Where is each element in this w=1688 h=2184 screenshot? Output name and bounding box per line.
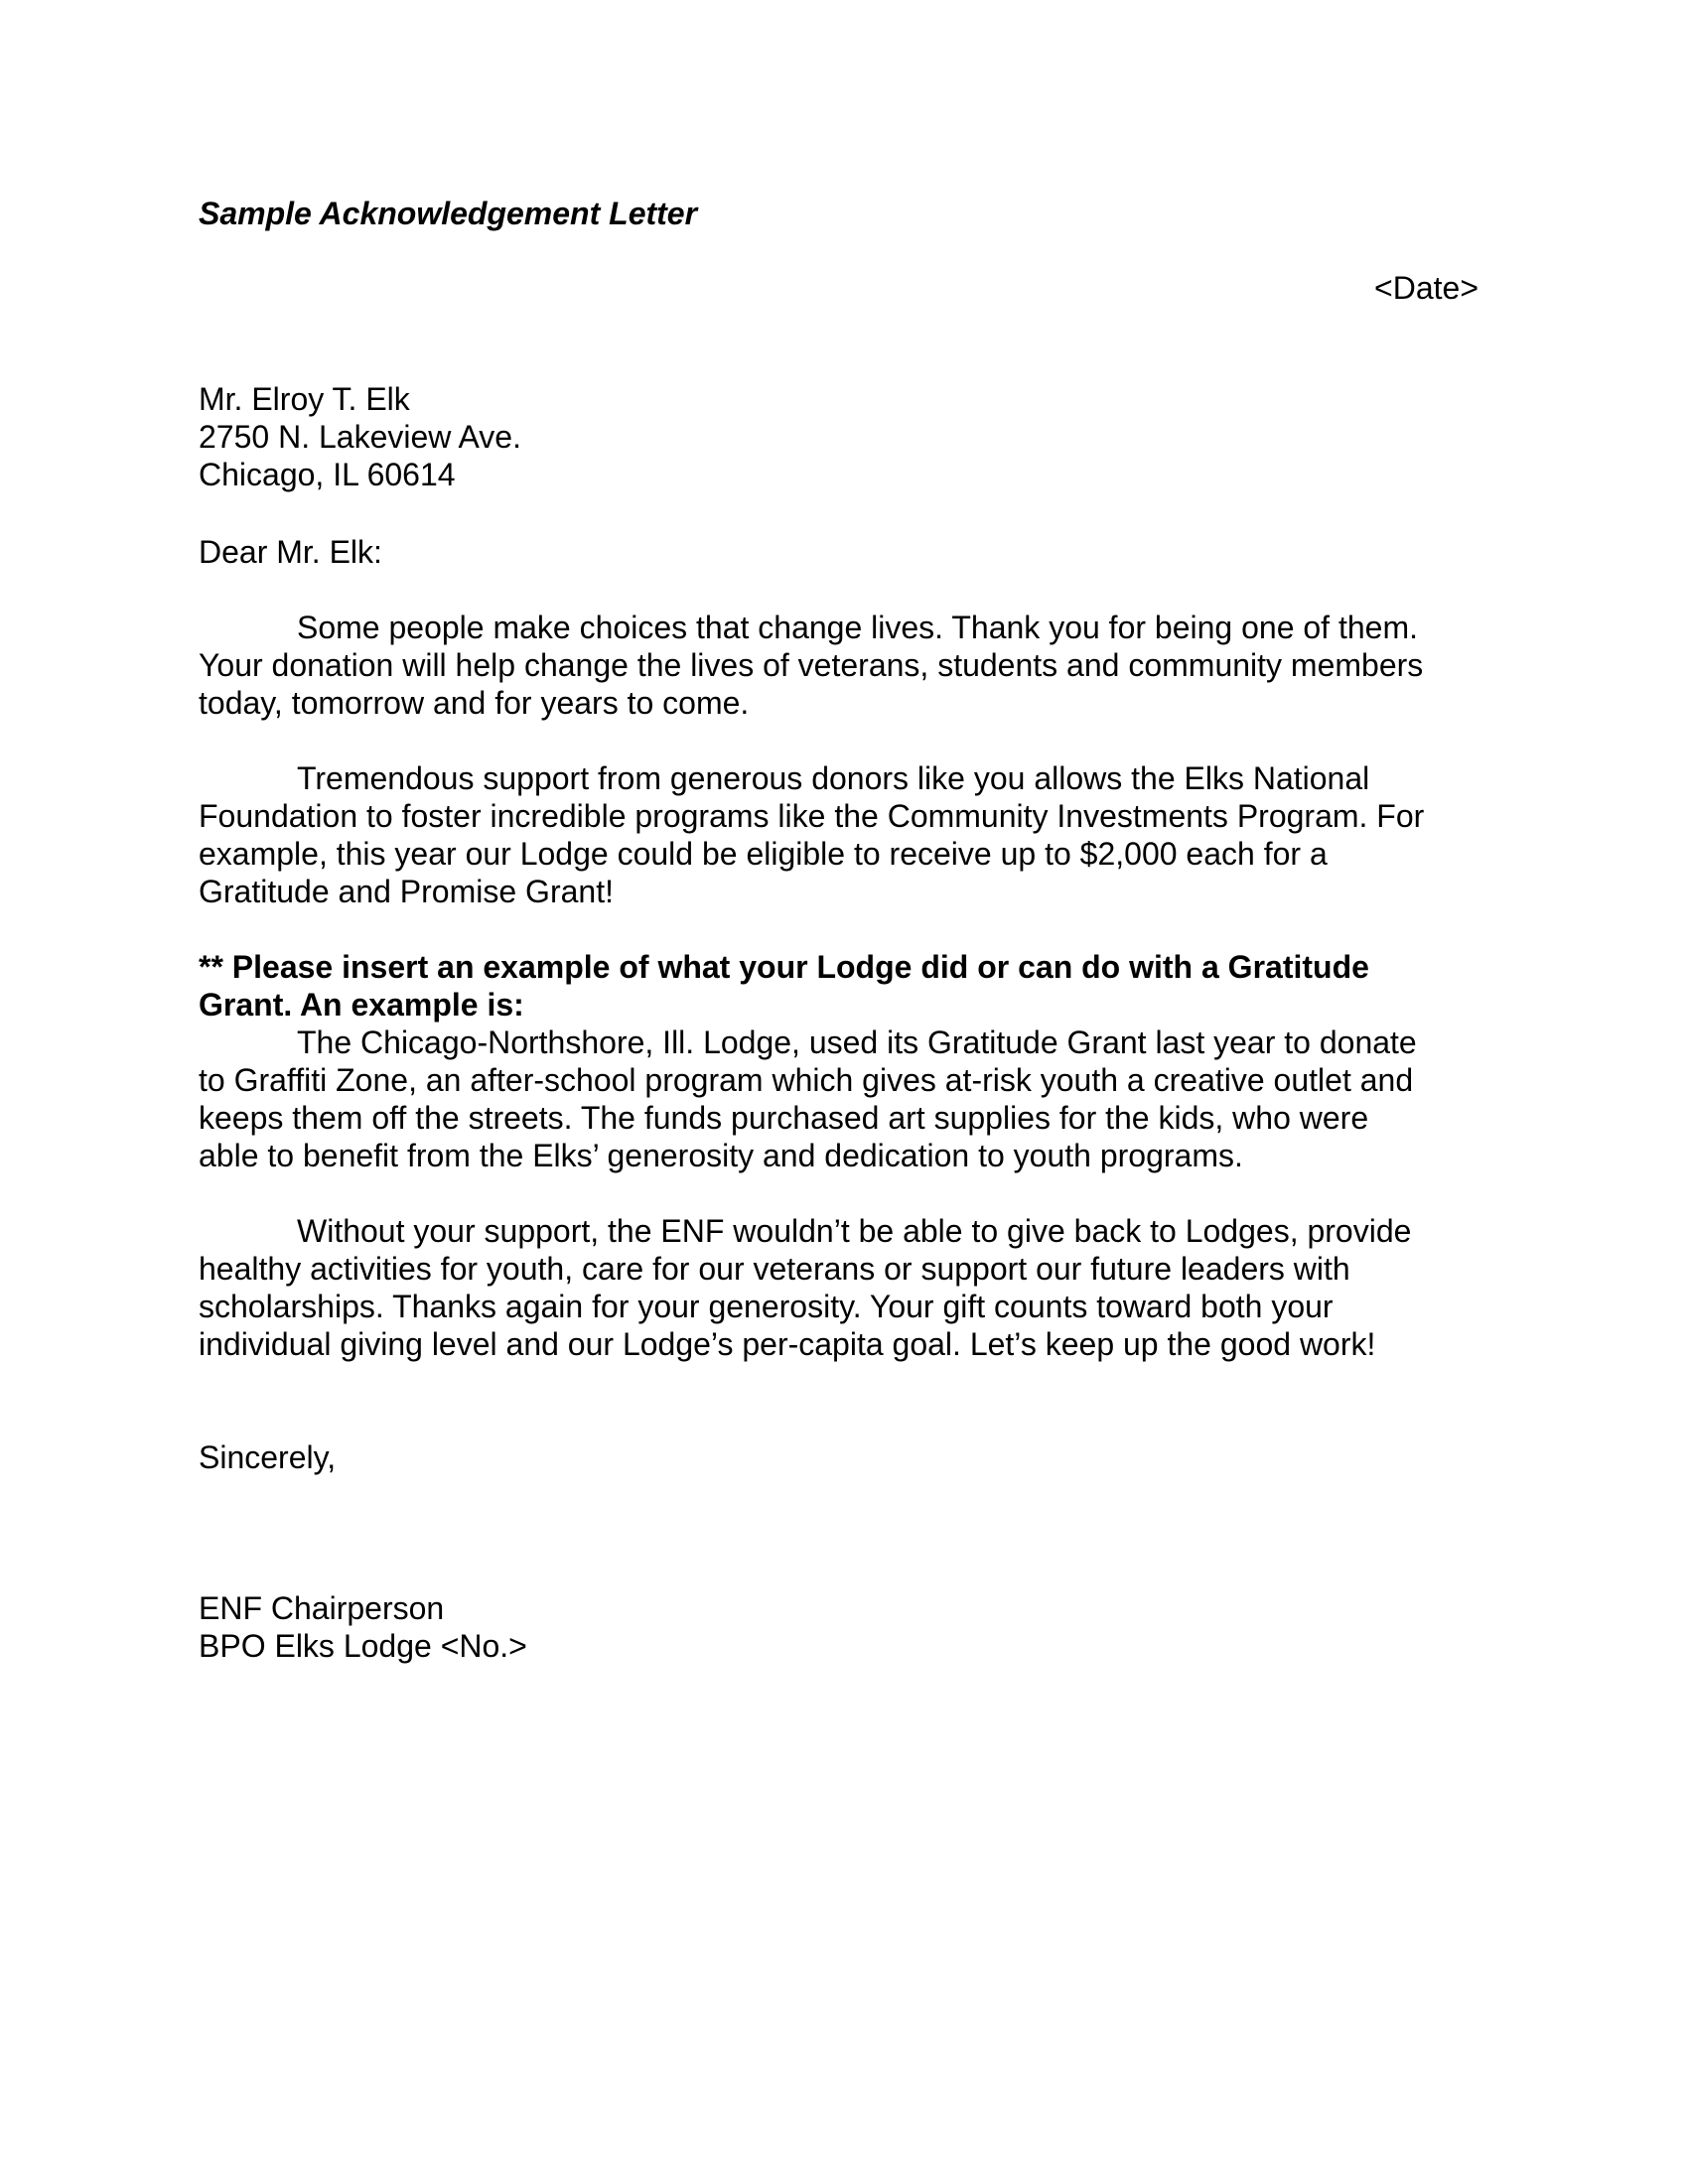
letter-page: Sample Acknowledgement Letter <Date> Mr.… <box>0 0 1688 2184</box>
closing-text: Sincerely, <box>199 1438 1509 1476</box>
paragraph-line: Some people make choices that change liv… <box>199 609 1509 646</box>
signature-block: ENF Chairperson BPO Elks Lodge <No.> <box>199 1589 1509 1665</box>
signature-title: ENF Chairperson <box>199 1589 1509 1627</box>
signature-organization: BPO Elks Lodge <No.> <box>199 1627 1509 1665</box>
paragraph-line: healthy activities for youth, care for o… <box>199 1250 1509 1288</box>
paragraph-2: Tremendous support from generous donors … <box>199 759 1509 910</box>
paragraph-line: keeps them off the streets. The funds pu… <box>199 1099 1509 1137</box>
instruction-line: ** Please insert an example of what your… <box>199 948 1509 986</box>
paragraph-line: Your donation will help change the lives… <box>199 646 1509 684</box>
paragraph-line: The Chicago-Northshore, Ill. Lodge, used… <box>199 1024 1509 1061</box>
paragraph-line: example, this year our Lodge could be el… <box>199 835 1509 873</box>
recipient-city-state-zip: Chicago, IL 60614 <box>199 456 1509 493</box>
paragraph-line: individual giving level and our Lodge’s … <box>199 1325 1509 1363</box>
recipient-address: Mr. Elroy T. Elk 2750 N. Lakeview Ave. C… <box>199 380 1509 493</box>
recipient-name: Mr. Elroy T. Elk <box>199 380 1509 418</box>
instruction-line: Grant. An example is: <box>199 986 1509 1024</box>
closing: Sincerely, <box>199 1438 1509 1476</box>
paragraph-line: able to benefit from the Elks’ generosit… <box>199 1137 1509 1174</box>
paragraph-1: Some people make choices that change liv… <box>199 609 1509 722</box>
paragraph-line: Without your support, the ENF wouldn’t b… <box>199 1212 1509 1250</box>
paragraph-line: Foundation to foster incredible programs… <box>199 797 1509 835</box>
paragraph-line: today, tomorrow and for years to come. <box>199 684 1509 722</box>
salutation-text: Dear Mr. Elk: <box>199 533 1509 571</box>
recipient-street: 2750 N. Lakeview Ave. <box>199 418 1509 456</box>
paragraph-line: Gratitude and Promise Grant! <box>199 873 1509 910</box>
paragraph-3: ** Please insert an example of what your… <box>199 948 1509 1174</box>
paragraph-4: Without your support, the ENF wouldn’t b… <box>199 1212 1509 1363</box>
salutation: Dear Mr. Elk: <box>199 533 1509 571</box>
date-placeholder: <Date> <box>1374 269 1478 307</box>
document-title: Sample Acknowledgement Letter <box>199 195 697 232</box>
paragraph-line: to Graffiti Zone, an after-school progra… <box>199 1061 1509 1099</box>
paragraph-line: Tremendous support from generous donors … <box>199 759 1509 797</box>
paragraph-line: scholarships. Thanks again for your gene… <box>199 1288 1509 1325</box>
